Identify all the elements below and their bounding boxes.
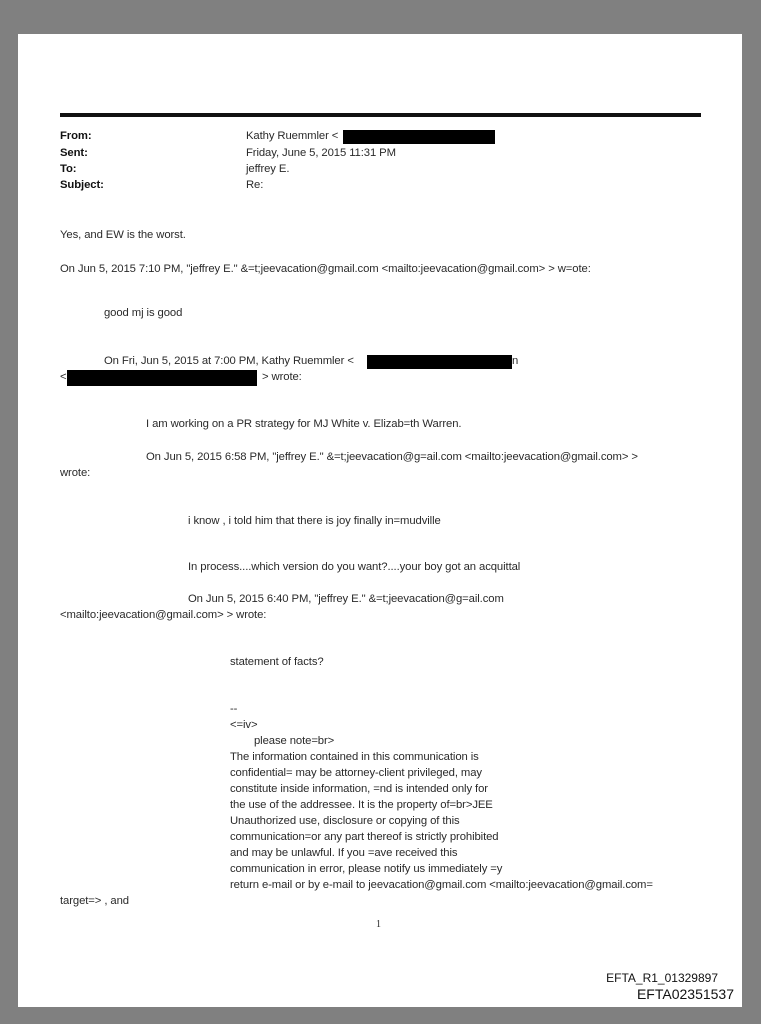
disclaimer-line: The information contained in this commun… [230,750,479,766]
quote-text: good mj is good [104,306,182,320]
quote-header: wrote: [60,466,90,480]
to-value: jeffrey E. [246,162,289,176]
disclaimer-line: the use of the addressee. It is the prop… [230,798,493,814]
disclaimer-line: return e-mail or by e-mail to jeevacatio… [230,878,653,894]
disclaimer-line: communication=or any part thereof is str… [230,830,498,846]
bates-number-r1: EFTA_R1_01329897 [606,971,718,985]
disclaimer-line: confidential= may be attorney-client pri… [230,766,482,782]
quote-text: statement of facts? [230,655,324,669]
sent-label: Sent: [60,146,88,160]
quote-text: i know , i told him that there is joy fi… [188,514,441,528]
sent-value: Friday, June 5, 2015 11:31 PM [246,146,396,160]
redaction-box [343,130,495,144]
redaction-box [67,370,257,386]
from-label: From: [60,129,92,143]
redaction-box [367,355,512,369]
bates-number: EFTA02351537 [637,986,734,1002]
from-value: Kathy Ruemmler < [246,129,338,143]
signature-note: please note=br> [254,734,334,748]
disclaimer-line: communication in error, please notify us… [230,862,502,878]
header-rule [60,113,701,117]
quote-text: In process....which version do you want?… [188,560,520,574]
disclaimer-line: target=> , and [60,894,129,910]
reply-text: Yes, and EW is the worst. [60,228,186,242]
page-number: 1 [376,918,381,932]
quote-header-tail: n [512,354,518,368]
quote-header: On Fri, Jun 5, 2015 at 7:00 PM, Kathy Ru… [104,354,354,368]
signature-dashes: -- [230,702,237,716]
quote-header-lead: < [60,370,67,384]
quote-header: <mailto:jeevacation@gmail.com> > wrote: [60,608,266,622]
subject-value: Re: [246,178,263,192]
disclaimer-line: Unauthorized use, disclosure or copying … [230,814,460,830]
signature-div: <=iv> [230,718,257,732]
disclaimer-line: and may be unlawful. If you =ave receive… [230,846,457,862]
to-label: To: [60,162,76,176]
document-page: From: Kathy Ruemmler < Sent: Friday, Jun… [18,34,742,1007]
disclaimer-line: constitute inside information, =nd is in… [230,782,488,798]
quote-header: On Jun 5, 2015 7:10 PM, "jeffrey E." &=t… [60,262,591,276]
quote-text: I am working on a PR strategy for MJ Whi… [146,417,461,431]
quote-header: On Jun 5, 2015 6:58 PM, "jeffrey E." &=t… [146,450,638,464]
quote-header-tail: > wrote: [262,370,302,384]
quote-header: On Jun 5, 2015 6:40 PM, "jeffrey E." &=t… [188,592,504,606]
subject-label: Subject: [60,178,104,192]
